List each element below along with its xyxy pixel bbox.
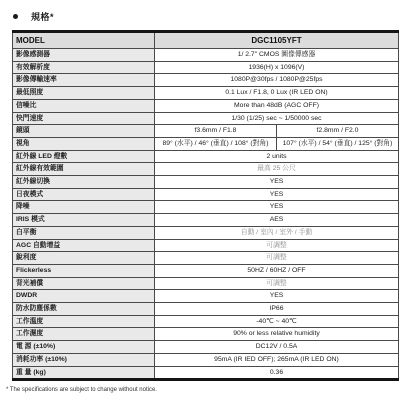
table-row: DWDRYES: [13, 290, 399, 303]
spec-label: 日夜模式: [13, 188, 155, 201]
table-row: 快門速度1/30 (1/25) sec ~ 1/50000 sec: [13, 112, 399, 125]
spec-label: 降噪: [13, 201, 155, 214]
spec-value: f2.8mm / F2.0: [277, 125, 399, 138]
table-row: Flickerless50HZ / 60HZ / OFF: [13, 264, 399, 277]
table-row: 有效解析度1936(H) x 1096(V): [13, 61, 399, 74]
spec-label: 工作濕度: [13, 328, 155, 341]
model-header-label: MODEL: [13, 32, 155, 49]
section-title-text: 規格*: [31, 10, 54, 23]
spec-value: 自動 / 室內 / 室外 / 手動: [155, 226, 399, 239]
spec-label: 視角: [13, 137, 155, 150]
spec-value: 2 units: [155, 150, 399, 163]
spec-label: 紅外線有效範圍: [13, 163, 155, 176]
spec-label: 影像傳輸速率: [13, 74, 155, 87]
spec-value: AES: [155, 214, 399, 227]
spec-value: YES: [155, 176, 399, 189]
spec-value: 90% or less relative humidity: [155, 328, 399, 341]
spec-value: DC12V / 0.5A: [155, 341, 399, 354]
spec-label: 消耗功率 (±10%): [13, 353, 155, 366]
spec-value: 可調整: [155, 252, 399, 265]
spec-label: 最低照度: [13, 87, 155, 100]
spec-label: 防水防塵係數: [13, 303, 155, 316]
table-row: 銳利度可調整: [13, 252, 399, 265]
spec-value: 1/30 (1/25) sec ~ 1/50000 sec: [155, 112, 399, 125]
spec-value: More than 48dB (AGC OFF): [155, 99, 399, 112]
spec-label: 白平衡: [13, 226, 155, 239]
table-row: 降噪YES: [13, 201, 399, 214]
table-row: 紅外線切換YES: [13, 176, 399, 189]
spec-label: Flickerless: [13, 264, 155, 277]
spec-label: 電 源 (±10%): [13, 341, 155, 354]
spec-value: 可調整: [155, 239, 399, 252]
spec-label: 鏡頭: [13, 125, 155, 138]
table-row: 視角89° (水平) / 46° (垂直) / 108° (對角)107° (水…: [13, 137, 399, 150]
spec-value: 最高 25 公尺: [155, 163, 399, 176]
footnote: * The specifications are subject to chan…: [6, 387, 157, 393]
model-header-value: DGC1105YFT: [155, 32, 399, 49]
spec-value: 0.36: [155, 366, 399, 380]
table-row: 信噪比More than 48dB (AGC OFF): [13, 99, 399, 112]
table-row: 影像傳輸速率1080P@30fps / 1080P@25fps: [13, 74, 399, 87]
table-row: 鏡頭f3.6mm / F1.8f2.8mm / F2.0: [13, 125, 399, 138]
spec-label: DWDR: [13, 290, 155, 303]
bullet-icon: [13, 14, 18, 19]
spec-table: MODEL DGC1105YFT 影像感測器1/ 2.7" CMOS 圖像傳感器…: [12, 30, 399, 381]
spec-value: 1/ 2.7" CMOS 圖像傳感器: [155, 49, 399, 62]
spec-value: YES: [155, 188, 399, 201]
table-row: 防水防塵係數IP66: [13, 303, 399, 316]
spec-label: 紅外線切換: [13, 176, 155, 189]
spec-label: 影像感測器: [13, 49, 155, 62]
table-row: IRIS 模式AES: [13, 214, 399, 227]
table-row: 消耗功率 (±10%)95mA (IR IED OFF); 265mA (IR …: [13, 353, 399, 366]
spec-label: 重 量 (kg): [13, 366, 155, 380]
spec-value: 1080P@30fps / 1080P@25fps: [155, 74, 399, 87]
table-row: 工作溫度-40℃ ~ 40℃: [13, 315, 399, 328]
spec-label: 有效解析度: [13, 61, 155, 74]
table-row: 工作濕度90% or less relative humidity: [13, 328, 399, 341]
table-row: AGC 自動增益可調整: [13, 239, 399, 252]
spec-label: AGC 自動增益: [13, 239, 155, 252]
spec-value: YES: [155, 201, 399, 214]
spec-value: 0.1 Lux / F1.8, 0 Lux (IR LED ON): [155, 87, 399, 100]
spec-value: 1936(H) x 1096(V): [155, 61, 399, 74]
table-row: 重 量 (kg)0.36: [13, 366, 399, 380]
table-row: 紅外線有效範圍最高 25 公尺: [13, 163, 399, 176]
spec-label: 工作溫度: [13, 315, 155, 328]
table-row: 紅外線 LED 燈數2 units: [13, 150, 399, 163]
table-row: 白平衡自動 / 室內 / 室外 / 手動: [13, 226, 399, 239]
spec-label: 快門速度: [13, 112, 155, 125]
spec-value: 89° (水平) / 46° (垂直) / 108° (對角): [155, 137, 277, 150]
spec-label: 信噪比: [13, 99, 155, 112]
table-row: 影像感測器1/ 2.7" CMOS 圖像傳感器: [13, 49, 399, 62]
table-header-row: MODEL DGC1105YFT: [13, 32, 399, 49]
table-row: 電 源 (±10%)DC12V / 0.5A: [13, 341, 399, 354]
spec-label: IRIS 模式: [13, 214, 155, 227]
table-row: 最低照度0.1 Lux / F1.8, 0 Lux (IR LED ON): [13, 87, 399, 100]
spec-value: YES: [155, 290, 399, 303]
spec-sheet-page: 規格* MODEL DGC1105YFT 影像感測器1/ 2.7" CMOS 圖…: [0, 0, 410, 410]
spec-value: f3.6mm / F1.8: [155, 125, 277, 138]
spec-value: 可調整: [155, 277, 399, 290]
spec-label: 銳利度: [13, 252, 155, 265]
spec-value: -40℃ ~ 40℃: [155, 315, 399, 328]
table-row: 背光補償可調整: [13, 277, 399, 290]
spec-label: 背光補償: [13, 277, 155, 290]
spec-value: 107° (水平) / 54° (垂直) / 125° (對角): [277, 137, 399, 150]
spec-value: 95mA (IR IED OFF); 265mA (IR LED ON): [155, 353, 399, 366]
table-row: 日夜模式YES: [13, 188, 399, 201]
spec-value: 50HZ / 60HZ / OFF: [155, 264, 399, 277]
section-title: 規格*: [0, 0, 410, 23]
spec-label: 紅外線 LED 燈數: [13, 150, 155, 163]
spec-value: IP66: [155, 303, 399, 316]
